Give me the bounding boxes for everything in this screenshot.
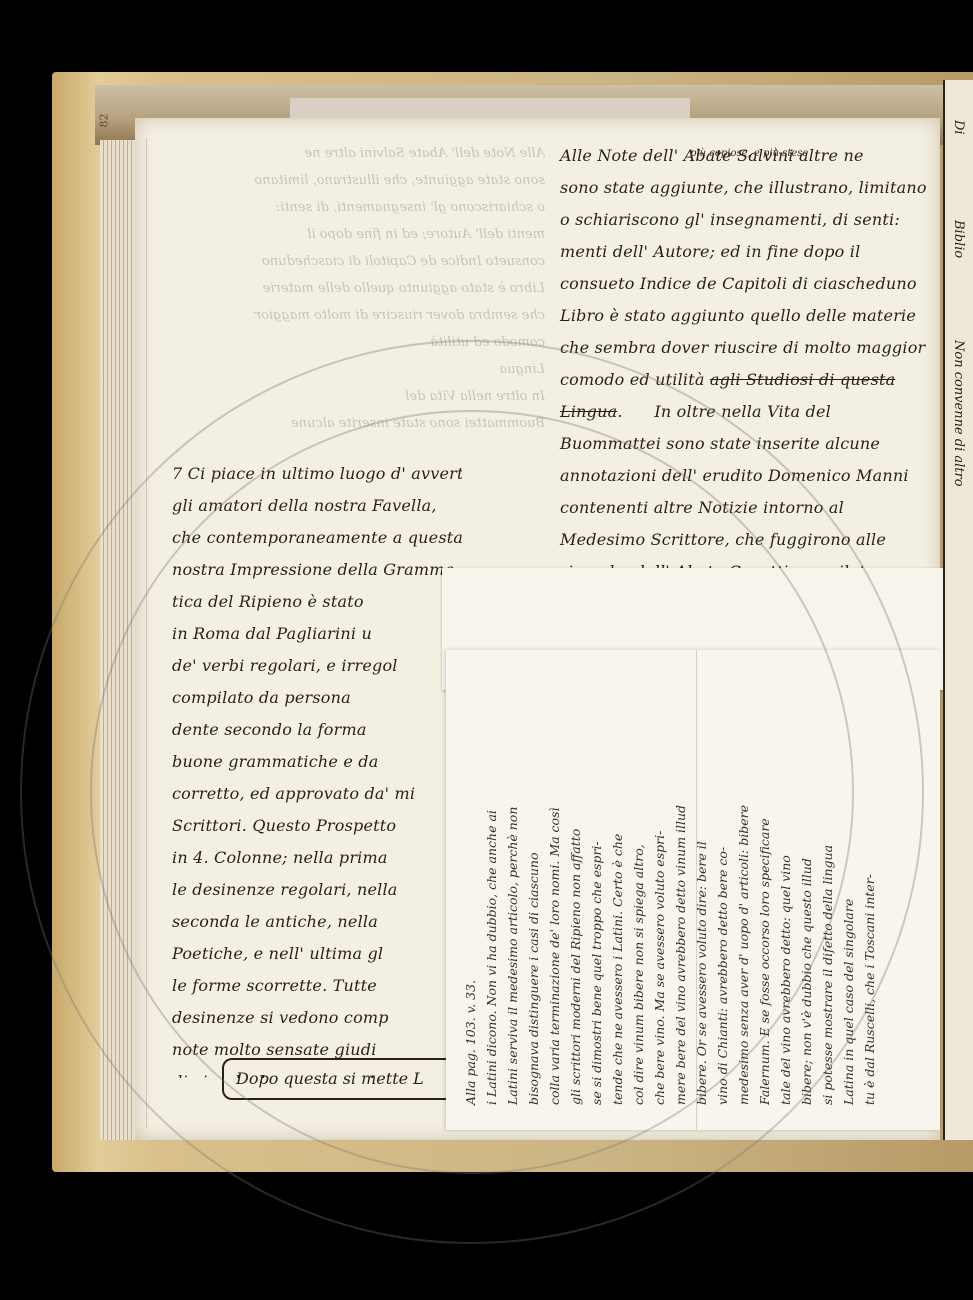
struck-text: agli Studiosi di questa bbox=[710, 370, 895, 389]
stamp-ring-inner bbox=[90, 410, 854, 1174]
folio-number: 82 bbox=[98, 114, 111, 128]
bleed-line: consueto Indice de Capitoli di ciaschedu… bbox=[160, 248, 545, 275]
text-line: o schiariscono gl' insegnamenti, di sent… bbox=[560, 204, 940, 236]
edge-fragment: Biblio bbox=[951, 220, 966, 258]
bleed-line: Alle Note dell' Abate Salvini altre ne bbox=[160, 140, 545, 167]
interlinear-insertion: più copiose, e più stese bbox=[690, 148, 808, 159]
edge-fragment: Non convenne di altro bbox=[951, 340, 966, 487]
text-line: consueto Indice de Capitoli di ciaschedu… bbox=[560, 268, 940, 300]
edge-fragment: Di bbox=[951, 120, 966, 135]
bleed-line: o schiariscono gl' insegnamenti, di sent… bbox=[160, 194, 545, 221]
bleed-line: che sembra dover riuscire di molto maggi… bbox=[160, 302, 545, 329]
text-line: sono state aggiunte, che illustrano, lim… bbox=[560, 172, 940, 204]
text-line: Libro è stato aggiunto quello delle mate… bbox=[560, 300, 940, 332]
bleed-line: sono state aggiunte, che illustrano, lim… bbox=[160, 167, 545, 194]
adjacent-page-edge: Di Biblio Non convenne di altro bbox=[943, 80, 973, 1140]
text-line: che sembra dover riuscire di molto maggi… bbox=[560, 332, 940, 364]
text-line: menti dell' Autore; ed in fine dopo il bbox=[560, 236, 940, 268]
bleed-line: Libro è stato aggiunto quello delle mate… bbox=[160, 275, 545, 302]
bleed-line: menti dell' Autore; ed in fine dopo il bbox=[160, 221, 545, 248]
